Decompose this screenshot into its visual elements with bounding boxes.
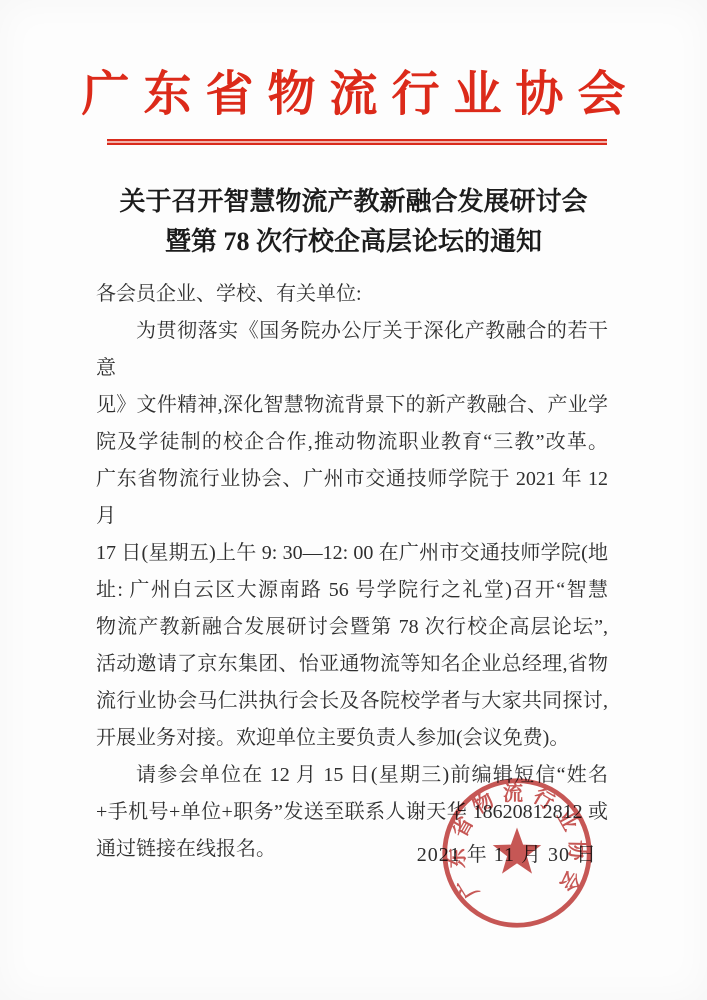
body-line: 开展业务对接。欢迎单位主要负责人参加(会议免费)。	[96, 720, 608, 757]
doc-title-line2: 暨第 78 次行校企高层论坛的通知	[0, 222, 707, 262]
body-line: 各会员企业、学校、有关单位:	[96, 276, 608, 313]
doc-title-line1: 关于召开智慧物流产教新融合发展研讨会	[0, 182, 707, 222]
body-line: 址: 广州白云区大源南路 56 号学院行之礼堂)召开“智慧	[96, 572, 608, 609]
doc-title: 关于召开智慧物流产教新融合发展研讨会 暨第 78 次行校企高层论坛的通知	[0, 182, 707, 262]
body-line: 物流产教新融合发展研讨会暨第 78 次行校企高层论坛”,	[96, 609, 608, 646]
date-line: 2021 年 11 月 30 日	[417, 841, 597, 869]
body-line: 17 日(星期五)上午 9: 30—12: 00 在广州市交通技师学院(地	[96, 535, 608, 572]
body-line: 广东省物流行业协会、广州市交通技师学院于 2021 年 12 月	[96, 461, 608, 535]
body-line: +手机号+单位+职务”发送至联系人谢天华 18620812812 或	[96, 794, 608, 831]
body-line: 活动邀请了京东集团、怡亚通物流等知名企业总经理,省物	[96, 646, 608, 683]
letterhead-divider-rule	[107, 139, 607, 145]
body-line: 流行业协会马仁洪执行会长及各院校学者与大家共同探讨,	[96, 683, 608, 720]
notice-document-page: 广东省物流行业协会 关于召开智慧物流产教新融合发展研讨会 暨第 78 次行校企高…	[0, 0, 707, 1000]
letterhead-org-name: 广东省物流行业协会	[0, 64, 707, 126]
body-line: 为贯彻落实《国务院办公厅关于深化产教融合的若干意	[96, 313, 608, 387]
body-line: 请参会单位在 12 月 15 日(星期三)前编辑短信“姓名	[96, 757, 608, 794]
body-line: 见》文件精神,深化智慧物流背景下的新产教融合、产业学	[96, 387, 608, 424]
body-line: 院及学徒制的校企合作,推动物流职业教育“三教”改革。	[96, 424, 608, 461]
body-text: 各会员企业、学校、有关单位:为贯彻落实《国务院办公厅关于深化产教融合的若干意见》…	[96, 276, 608, 868]
